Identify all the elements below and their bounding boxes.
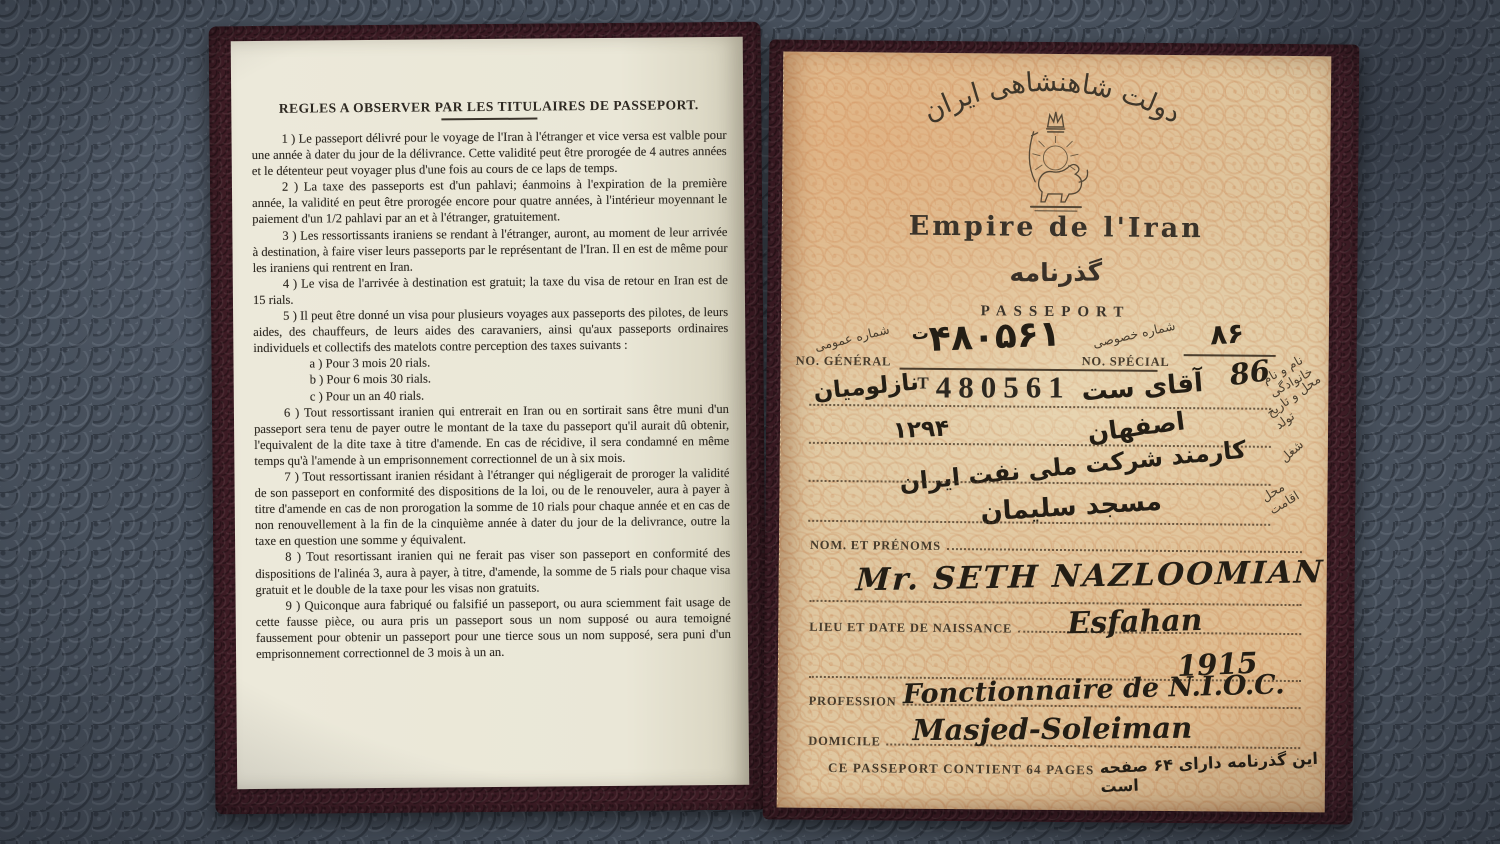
fee-list: a ) Pour 3 mois 20 rials. b ) Pour 6 moi…	[253, 352, 728, 404]
rule-paragraph-1: 1 ) Le passeport délivré pour le voyage …	[251, 127, 726, 179]
general-number-handwritten: ت ۴۸۰۵۶۱	[911, 314, 1061, 359]
general-number-stamp: T 480561	[917, 369, 1070, 405]
naissance-row: LIEU ET DATE DE NAISSANCE	[809, 620, 1301, 639]
rule-paragraph-3: 3 ) Les ressortissants iraniens se renda…	[252, 223, 727, 275]
name-value2-fa: نازلومیان	[812, 369, 919, 405]
general-number-label-fa: شماره عمومی	[813, 321, 891, 353]
footer-note-fa: این گذرنامه دارای ۶۴ صفحه است	[1099, 748, 1325, 796]
nom-row: NOM. ET PRÉNOMS	[810, 538, 1302, 557]
general-number-digits-fa: ۴۸۰۵۶۱	[928, 313, 1062, 360]
general-number-label-fr: NO. GÉNÉRAL	[796, 354, 892, 370]
passport-left-side: REGLES A OBSERVER PAR LES TITULAIRES DE …	[209, 22, 768, 815]
special-number-label-fa: شماره خصوصی	[1091, 318, 1176, 351]
lion-icon	[1029, 132, 1088, 212]
empire-title: Empire de l'Iran	[783, 210, 1330, 246]
domicile-value: Masjed-Soleiman	[912, 711, 1192, 747]
data-page: دولت شاهنشاهی ایران	[777, 52, 1332, 813]
passport-right-side: دولت شاهنشاهی ایران	[763, 39, 1360, 824]
rule-paragraph-7: 7 ) Tout ressortissant iranien résidant …	[254, 465, 730, 550]
stamp-digits: 480561	[936, 369, 1071, 405]
nom-leader	[947, 548, 1302, 553]
profession-label-fa: شغل	[1277, 427, 1317, 465]
rule-paragraph-6: 6 ) Tout ressortissant iranien qui entre…	[254, 400, 730, 469]
rule-paragraph-4: 4 ) Le visa de l'arrivée à destination e…	[253, 272, 728, 308]
photo-scene: REGLES A OBSERVER PAR LES TITULAIRES DE …	[0, 0, 1500, 844]
profession-label: PROFESSION	[809, 694, 897, 710]
nom-underline	[810, 600, 1302, 606]
footer-note-fr: CE PASSEPORT CONTIENT 64 PAGES	[828, 760, 1095, 778]
title-underline	[441, 118, 537, 121]
rule-paragraph-9: 9 ) Quiconque aura fabriqué ou falsifié …	[256, 594, 732, 663]
rules-title: REGLES A OBSERVER PAR LES TITULAIRES DE …	[251, 97, 726, 117]
passport-title-fa: گذرنامه	[782, 256, 1329, 290]
nom-value: Mr. SETH NAZLOOMIAN	[855, 554, 1325, 598]
rule-paragraph-8: 8 ) Tout resortissant iranien qui ne fer…	[255, 545, 730, 597]
special-number-label-fr: NO. SPÉCIAL	[1082, 354, 1170, 370]
stamp-prefix: T	[917, 373, 935, 393]
birth-value2-fa: ۱۲۹۴	[892, 416, 949, 444]
nom-label: NOM. ET PRÉNOMS	[810, 538, 941, 554]
crown-icon	[1047, 112, 1065, 132]
rule-paragraph-5: 5 ) Il peut être donné un visa pour plus…	[253, 304, 728, 356]
general-number-prefix-fa: ت	[911, 324, 929, 344]
lion-and-sun-emblem	[993, 109, 1118, 218]
domicile-label: DOMICILE	[808, 734, 881, 750]
rules-page: REGLES A OBSERVER PAR LES TITULAIRES DE …	[231, 37, 750, 789]
rules-text: 1 ) Le passeport délivré pour le voyage …	[251, 127, 731, 662]
residence-label-fa: محل اقامت	[1258, 460, 1325, 517]
naissance-label: LIEU ET DATE DE NAISSANCE	[809, 620, 1012, 637]
rule-paragraph-2: 2 ) La taxe des passeports est d'un pahl…	[252, 175, 727, 227]
name-value-fa: آقای ست	[1080, 368, 1204, 407]
special-number-value-fa: ۸۶	[1209, 316, 1245, 351]
naissance-value: Esfahan	[1067, 603, 1203, 642]
